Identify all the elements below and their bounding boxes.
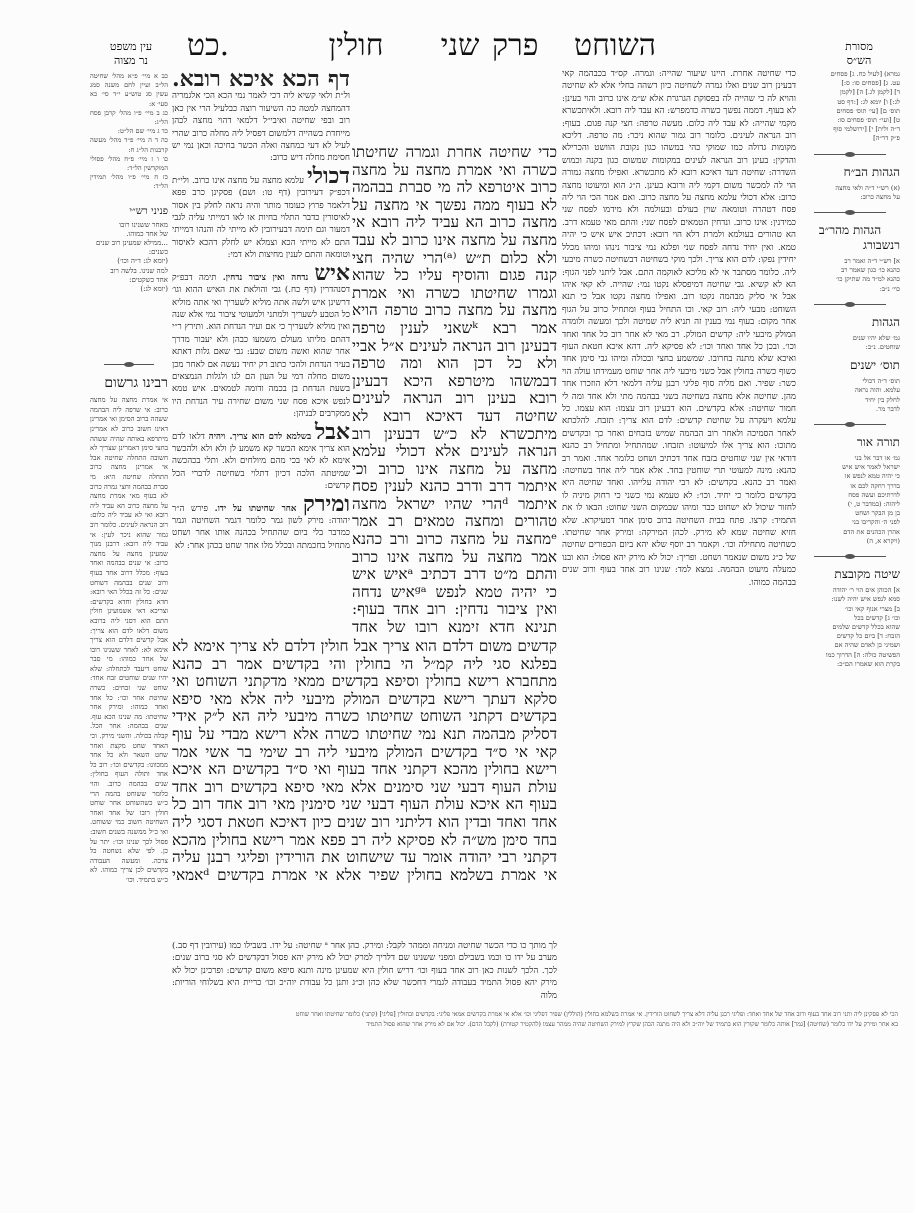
note-line: תוס׳ ד״ה דכולי	[800, 377, 900, 386]
tosafot-dibur-hamatchil: איש	[315, 260, 350, 286]
section-divider	[814, 304, 886, 305]
hagahot-title: הגהות	[800, 315, 900, 330]
hagahot-maharb-title: הגהות מהר״ב רנשבורג	[800, 223, 900, 253]
note-line: פ״ק דר״ה]	[800, 134, 900, 143]
note-line: לחלק בין יחיד	[800, 396, 900, 405]
note-line: עלמא. והוה נראה	[800, 386, 900, 395]
masoret-hashas-label: מסורת הש״ס	[824, 40, 894, 68]
note-line: לפני ה׳ והקריבו בני	[800, 518, 900, 527]
footer-line: בא אחר ומירק על ידו כלומר (שחיטה) [גמר] …	[90, 1020, 898, 1030]
note-line: בקרת הוא שאמרו הם״כ:	[800, 660, 900, 669]
note-line: ב] מצרי אנוף קאי וכו׳	[800, 605, 900, 614]
ein-mishpat-entry: כה ד ה מיי׳ פ״ד מהל׳ מעשה קרבנות הל״ג ח:	[90, 136, 168, 154]
tosafot-dh: נדחה ואין ציבור נדחין.	[223, 273, 309, 283]
tosafot-dh: בשלמא לדם הוא צריך. ויהיה	[209, 432, 311, 442]
note-line: (א) רש״י ד״ה ולאי מחצה	[800, 184, 900, 193]
note-line: ד] [לקמן לג.] ה] [לקמן	[800, 88, 900, 97]
tosafot-text: עלמא מחצה על מחצה אינו כרוב. ולי״ת דכפ״ק…	[172, 176, 350, 260]
tosafot-text: ול״ת ולאי קשיא ליה דכי לאמר נמי הכא הכי …	[172, 91, 350, 163]
note-line: תוס׳ ם] [עי׳ תוס׳ פסחים	[800, 107, 900, 116]
rabbeinu-gershom-text: אי אמרת מחצה על מחצה כרוב: אי שרפה ליה ה…	[90, 396, 168, 885]
masoret-hashas: גמרא) [לעיל כח. ג] פסחים עט. ג] [פסחים ס…	[800, 70, 900, 144]
tosafot-dibur-hamatchil: דף הכא איכא רובא.	[172, 68, 350, 92]
tosafot-dibur-hamatchil: אבל	[315, 419, 350, 445]
note-line: א] הכוהן אים הוי ר׳ יהודה	[800, 586, 900, 595]
note-line: ...ממילא שמעינן רוב שנים	[90, 239, 168, 248]
daf-number: כט.	[178, 28, 238, 63]
tosafot-dibur-hamatchil: דכולי	[307, 163, 350, 189]
ein-mishpat-entry: כז ח מיי׳ פ״ו מהל׳ תמידין הל״ד:	[90, 173, 168, 191]
rashi-commentary: כדי שחיטה אחרת. היינו שיעור שהייה: וגמרה…	[562, 68, 796, 1068]
ein-mishpat-entry: כו ו ז מיי׳ פ״ח מהל׳ פסולי המוקדשין הל״ד…	[90, 155, 168, 173]
gemara-text-wide: קדשים משום דלדם הוא צריך אבל חולין דלדם …	[172, 638, 557, 883]
right-margin-column: גמרא) [לעיל כח. ג] פסחים עט. ג] [פסחים ס…	[800, 70, 900, 669]
note-line: כשנים:	[90, 248, 168, 257]
note-line: (יומא לג: ד״ה וכו׳)	[90, 257, 168, 266]
label-line: נר מצוה	[96, 54, 166, 68]
section-divider	[104, 364, 154, 365]
note-line: גמ׳ או דבר אל בני	[800, 454, 900, 463]
note-line: אחד כשקטים:	[90, 276, 168, 285]
rashi-text: כדי שחיטה אחרת. היינו שיעור שהייה: וגמרה…	[562, 69, 796, 588]
ein-mishpat-entry: כב א מיי׳ פ״א מהל׳ שחיטה הל״ב ועיין לחם …	[90, 72, 168, 109]
hagahot-habach-title: הגהות הב״ח	[800, 165, 900, 180]
note-line: א] רש״י ד״ה ואמר רב	[800, 257, 900, 266]
tosafot-commentary: דף הכא איכא רובא. ול״ת ולאי קשיא ליה דכי…	[172, 68, 350, 638]
footer-line: הכי לא פסקינן ליה ותני רוב אחד בעוף ורוב…	[90, 1010, 898, 1020]
note-line: אהרן הכהנים את הדם	[800, 528, 900, 537]
note-line: ד״ה ולית] י] [ירושלמי סוף	[800, 125, 900, 134]
shita-mekubetzet-title: שיטה מקובצת	[800, 567, 900, 582]
pnini-rashi-title: פניני רש״י	[90, 206, 168, 217]
tosafot-ishanim-title: תוס׳ ישנים	[800, 358, 900, 373]
note-line: כהנא כו׳ כגון שאמר רב	[800, 266, 900, 275]
rashi-bottom: לך מותך כו כדי הכשר שחיטה ומניחה וממהר ל…	[172, 940, 557, 1006]
note-line: כוי׳ נ״ב:	[800, 285, 900, 294]
note-line: (יומא לג:)	[90, 285, 168, 294]
note-line: ושמיני כן לאדם שהיה אם	[800, 641, 900, 650]
note-line: כי יהיה טמא לנפש או	[800, 472, 900, 481]
note-line: ליהוה: (במדבר ט, י)	[800, 500, 900, 509]
masechet-name: חולין	[316, 28, 396, 63]
note-line: עט. ג] [פסחים סו: ס:]	[800, 79, 900, 88]
note-line: הפשיטה כולה: ה] הדרוך כמו	[800, 651, 900, 660]
perek-number: שני	[430, 28, 490, 63]
note-line: של אחד כמוהו.	[90, 230, 168, 239]
ein-mishpat-entry: כד ג מיי׳ שם הל״ט:	[90, 127, 168, 136]
note-line: שהוא בכלל קדשים שלמים	[800, 623, 900, 632]
note-line: לדבר מר.	[800, 405, 900, 414]
torah-or-title: תורה אור	[800, 435, 900, 450]
label-line: הש״ס	[824, 54, 894, 68]
note-line: למה שנינו. בלשה רוב	[90, 267, 168, 276]
ein-mishpat-entry: כג ב מיי׳ פ״ו מהל׳ קרבן פסח הל״ג:	[90, 109, 168, 127]
note-line: (ויקרא א, ה)	[800, 537, 900, 546]
tosafot-text: תימה דבפ״ק דסנהדרין (דף כח.) גבי והולאת …	[172, 273, 350, 419]
rabbeinu-gershom-title: רבינו גרשום	[90, 375, 168, 392]
section-divider	[814, 556, 886, 557]
note-line: גמ׳ שלא יהיו שנים	[800, 334, 900, 343]
ein-mishpat: כב א מיי׳ פ״א מהל׳ שחיטה הל״ב ועיין לחם …	[90, 72, 168, 192]
note-line: שוחטים. נ״ב:	[800, 343, 900, 352]
footer-gershom: הכי לא פסקינן ליה ותני רוב אחד בעוף ורוב…	[90, 1010, 898, 1030]
note-line: הזבח: ד] ביום כל קדשים	[800, 632, 900, 641]
note-line: ט] [ועי״ תוס׳ פסחים סו:	[800, 116, 900, 125]
rashi-text: לך מותך כו כדי הכשר שחיטה ומניחה וממהר ל…	[172, 941, 557, 1001]
note-line: לדרתיכם ועשה פסח	[800, 491, 900, 500]
note-line: ישראל לאמר איש איש	[800, 463, 900, 472]
note-line: סמא לנפש איש יהיה לשנו:	[800, 595, 900, 604]
section-divider	[814, 212, 886, 213]
gemara-text: קדשים משום דלדם הוא צריך אבל חולין דלדם …	[172, 638, 557, 883]
note-line: על מחצה כרוב:	[800, 193, 900, 202]
gemara-text: כדי שחיטה אחרת וגמרה שחיטתו כשרה ואי אמר…	[352, 144, 557, 638]
label-line: מסורת	[824, 40, 894, 54]
tosafot-dh: אחר שחיטתו על ידו.	[215, 504, 297, 514]
gemara-text-narrow: כדי שחיטה אחרת וגמרה שחיטתו כשרה ואי אמר…	[352, 144, 557, 638]
tosafot-dibur-hamatchil: ומירק	[303, 491, 350, 517]
perek-name: השוחט	[574, 28, 654, 63]
note-line: גמרא) [לעיל כח. ג] פסחים	[800, 70, 900, 79]
note-line: בן מן הבקר ושחט	[800, 509, 900, 518]
note-line: כהנא למ״ד מה שתיקן כו׳	[800, 275, 900, 284]
ein-mishpat-label: עין משפט נר מצוה	[96, 40, 166, 68]
label-line: עין משפט	[96, 40, 166, 54]
note-line: לג:] ו] יומא לג: [:דף סט	[800, 98, 900, 107]
note-line: בדרך רחקה לכם או	[800, 482, 900, 491]
perek-label: פרק	[492, 28, 532, 63]
section-divider	[814, 154, 886, 155]
left-margin-column: כב א מיי׳ פ״א מהל׳ שחיטה הל״ב ועיין לחם …	[90, 72, 168, 1012]
note-line: וכו׳ ג] קדשים בכל	[800, 614, 900, 623]
section-divider	[814, 424, 886, 425]
note-line: מאחר ששנינו רובו	[90, 221, 168, 230]
